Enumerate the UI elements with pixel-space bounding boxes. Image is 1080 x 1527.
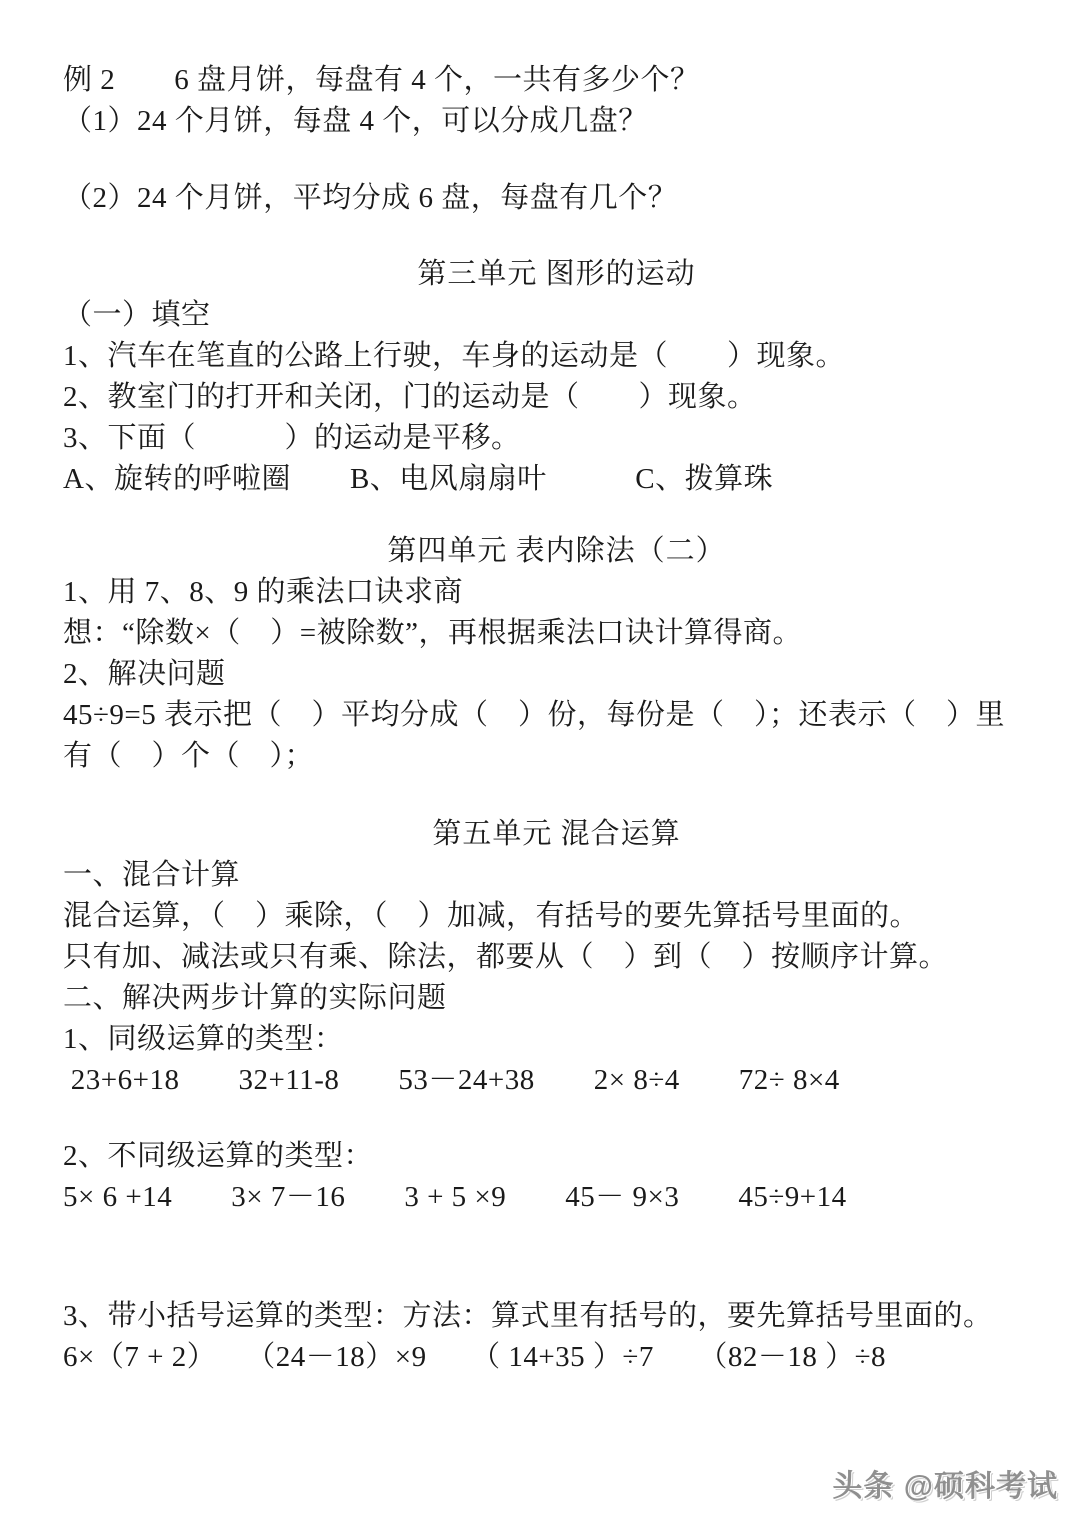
- unit4-line4: 45÷9=5 表示把（ ）平均分成（ ）份，每份是（ ）；还表示（ ）里: [63, 695, 1050, 736]
- unit3-fill3: 3、下面（ ）的运动是平移。: [63, 418, 1050, 459]
- unit3-fill2: 2、教室门的打开和关闭，门的运动是（ ）现象。: [63, 377, 1050, 418]
- unit5-type3-expressions: 6×（7 + 2） （24－18）×9 （ 14+35 ）÷7 （82－18 ）…: [63, 1337, 1050, 1378]
- unit4-line1: 1、用 7、8、9 的乘法口诀求商: [63, 572, 1050, 613]
- watermark: 头条 @硕科考试: [832, 1461, 1058, 1505]
- example2-title: 例 2 6 盘月饼，每盘有 4 个，一共有多少个？: [63, 60, 1050, 101]
- unit5-type3-label: 3、带小括号运算的类型：方法：算式里有括号的，要先算括号里面的。: [63, 1296, 1050, 1337]
- unit4-heading: 第四单元 表内除法（二）: [63, 531, 1050, 572]
- example2-part2: （2）24 个月饼，平均分成 6 盘，每盘有几个？: [63, 178, 1050, 219]
- unit3-fill1: 1、汽车在笔直的公路上行驶，车身的运动是（ ）现象。: [63, 336, 1050, 377]
- unit3-subheading: （一）填空: [63, 295, 1050, 336]
- unit4-line3: 2、解决问题: [63, 654, 1050, 695]
- unit3-heading: 第三单元 图形的运动: [63, 254, 1050, 295]
- unit5-rule2: 只有加、减法或只有乘、除法，都要从（ ）到（ ）按顺序计算。: [63, 937, 1050, 978]
- unit5-rule1: 混合运算，（ ）乘除，（ ）加减，有括号的要先算括号里面的。: [63, 896, 1050, 937]
- unit4-line2: 想：“除数×（ ）=被除数”，再根据乘法口诀计算得商。: [63, 613, 1050, 654]
- example2-part1: （1）24 个月饼，每盘 4 个，可以分成几盘？: [63, 101, 1050, 142]
- worksheet-page: 例 2 6 盘月饼，每盘有 4 个，一共有多少个？ （1）24 个月饼，每盘 4…: [0, 0, 1080, 1527]
- unit5-section1: 一、混合计算: [63, 855, 1050, 896]
- unit5-type1-label: 1、同级运算的类型：: [63, 1019, 1050, 1060]
- unit5-section2: 二、解决两步计算的实际问题: [63, 978, 1050, 1019]
- unit3-options: A、旋转的呼啦圈 B、电风扇扇叶 C、拨算珠: [63, 459, 1050, 500]
- unit5-heading: 第五单元 混合运算: [63, 814, 1050, 855]
- unit5-type2-label: 2、不同级运算的类型：: [63, 1136, 1050, 1177]
- unit4-line5: 有（ ）个（ ）；: [63, 736, 1050, 777]
- unit5-type1-expressions: 23+6+18 32+11-8 53－24+38 2× 8÷4 72÷ 8×4: [63, 1060, 1050, 1101]
- unit5-type2-expressions: 5× 6 +14 3× 7－16 3 + 5 ×9 45－ 9×3 45÷9+1…: [63, 1177, 1050, 1218]
